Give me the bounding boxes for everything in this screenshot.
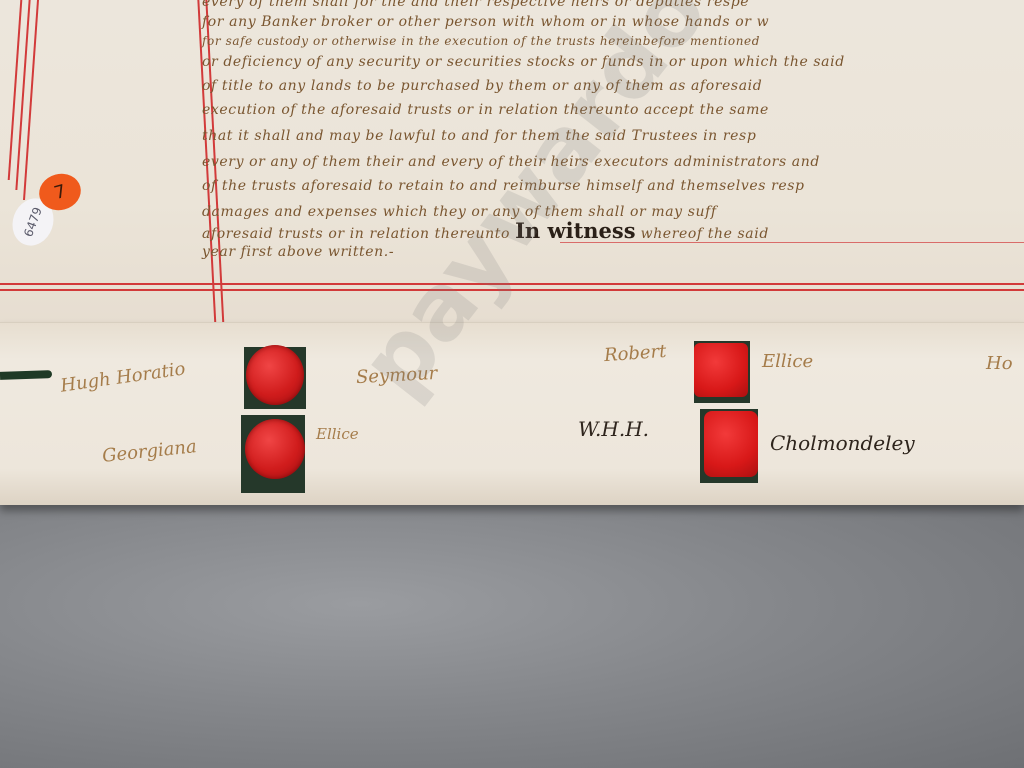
signature: Robert (603, 341, 667, 366)
witness-heading: In witness (515, 218, 635, 243)
signature: Hugh Horatio (59, 358, 187, 396)
signature: Ellice (316, 425, 359, 443)
deed-text-line: or deficiency of any security or securit… (202, 54, 845, 70)
signature: Ellice (762, 351, 813, 372)
wax-seal (694, 343, 748, 397)
deed-text-line: of the trusts aforesaid to retain to and… (202, 178, 805, 194)
deed-text-line: year first above written.- (202, 244, 394, 260)
bottom-rule (0, 283, 1024, 285)
deed-text-line: for any Banker broker or other person wi… (202, 14, 769, 30)
deed-text-line: every or any of them their and every of … (202, 154, 820, 170)
deed-text-segment: aforesaid trusts or in relation thereunt… (202, 226, 510, 242)
deed-text-line: execution of the aforesaid trusts or in … (202, 102, 769, 118)
deed-text-line: that it shall and may be lawful to and f… (202, 128, 756, 144)
wax-seal (245, 419, 305, 479)
table-surface (0, 495, 1024, 768)
bottom-rule (0, 289, 1024, 291)
wax-seal (246, 345, 304, 405)
signature: Seymour (356, 363, 438, 388)
deed-text-line: of title to any lands to be purchased by… (202, 78, 762, 94)
deed-parchment: every of them shall for the and their re… (0, 0, 1024, 335)
margin-rule (8, 0, 23, 180)
signature-fold: Hugh Horatio Seymour Robert Ellice Ho Ge… (0, 322, 1024, 505)
signature: Georgiana (101, 436, 197, 467)
deed-text-line: for safe custody or otherwise in the exe… (202, 34, 760, 48)
wax-seal (704, 411, 758, 477)
deed-text-line: aforesaid trusts or in relation thereunt… (202, 218, 769, 243)
signature: W.H.H. (578, 417, 649, 441)
ribbon-tail (0, 370, 52, 380)
deed-text-line: every of them shall for the and their re… (202, 0, 749, 10)
deed-text-segment: whereof the said (641, 226, 769, 242)
signature: Cholmondeley (770, 431, 915, 455)
signature: Ho (986, 353, 1013, 374)
margin-rule (23, 0, 39, 200)
